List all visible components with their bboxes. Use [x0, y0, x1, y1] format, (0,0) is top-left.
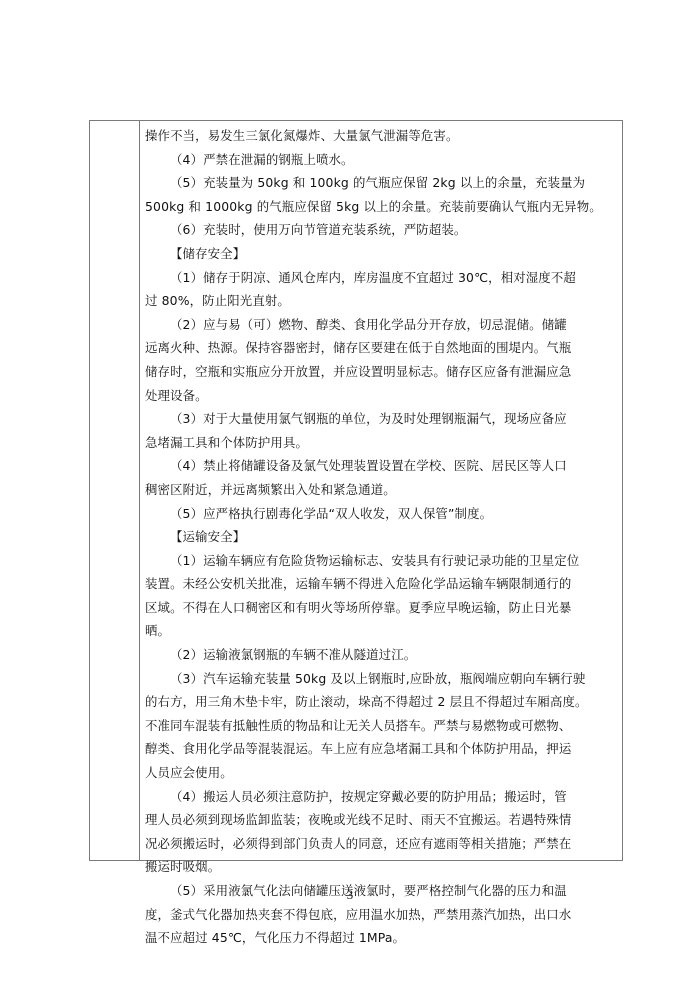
text-line: 操作不当，易发生三氯化氮爆炸、大量氯气泄漏等危害。	[145, 124, 618, 148]
text-line: （2）运输液氯钢瓶的车辆不准从隧道过江。	[145, 643, 618, 667]
text-line: 况必须搬运时，必须得到部门负责人的同意，还应有遮雨等相关措施；严禁在	[145, 832, 618, 856]
text-line: （4）禁止将储罐设备及氯气处理装置设置在学校、医院、居民区等人口	[145, 454, 618, 478]
text-line: 区域。不得在人口稠密区和有明火等场所停靠。夏季应早晚运输，防止日光暴	[145, 596, 618, 620]
text-line: 醇类、食用化学品等混装混运。车上应有应急堵漏工具和个体防护用品，押运	[145, 737, 618, 761]
section-heading: 【储存安全】	[145, 242, 618, 266]
text-line: 的右方，用三角木垫卡牢，防止滚动，垛高不得超过 2 层且不得超过车厢高度。	[145, 690, 618, 714]
text-line: （6）充装时，使用万向节管道充装系统，严防超装。	[145, 218, 618, 242]
text-line: 温不应超过 45℃，气化压力不得超过 1MPa。	[145, 926, 618, 950]
text-line: 装置。未经公安机关批准，运输车辆不得进入危险化学品运输车辆限制通行的	[145, 572, 618, 596]
text-line: 急堵漏工具和个体防护用具。	[145, 431, 618, 455]
content-table: 操作不当，易发生三氯化氮爆炸、大量氯气泄漏等危害。（4）严禁在泄漏的钢瓶上喷水。…	[89, 120, 623, 861]
text-line: 储存时，空瓶和实瓶应分开放置，并应设置明显标志。储存区应备有泄漏应急	[145, 360, 618, 384]
text-line: 度，釜式气化器加热夹套不得包底，应用温水加热，严禁用蒸汽加热，出口水	[145, 903, 618, 927]
text-line: （5）应严格执行剧毒化学品“双人收发，双人保管”制度。	[145, 502, 618, 526]
text-line: 过 80%，防止阳光直射。	[145, 289, 618, 313]
text-line: （5）充装量为 50kg 和 100kg 的气瓶应保留 2kg 以上的余量，充装…	[145, 171, 618, 195]
text-line: 远离火种、热源。保持容器密封，储存区要建在低于自然地面的围堤内。气瓶	[145, 336, 618, 360]
text-line: 搬运时吸烟。	[145, 855, 618, 879]
text-line: 人员应会使用。	[145, 761, 618, 785]
table-right-cell: 操作不当，易发生三氯化氮爆炸、大量氯气泄漏等危害。（4）严禁在泄漏的钢瓶上喷水。…	[140, 121, 622, 860]
text-line: （1）储存于阴凉、通风仓库内，库房温度不宜超过 30℃，相对湿度不超	[145, 266, 618, 290]
page-number: 3	[0, 887, 700, 903]
section-heading: 【运输安全】	[145, 525, 618, 549]
text-line: 稠密区附近，并远离频繁出入处和紧急通道。	[145, 478, 618, 502]
text-line: （1）运输车辆应有危险货物运输标志、安装具有行驶记录功能的卫星定位	[145, 549, 618, 573]
text-line: （3）对于大量使用氯气钢瓶的单位，为及时处理钢瓶漏气，现场应备应	[145, 407, 618, 431]
table-left-cell	[90, 121, 140, 860]
text-line: 处理设备。	[145, 384, 618, 408]
text-line: 理人员必须到现场监卸监装；夜晚或光线不足时、雨天不宜搬运。若遇特殊情	[145, 808, 618, 832]
text-line: （4）严禁在泄漏的钢瓶上喷水。	[145, 148, 618, 172]
text-line: （4）搬运人员必须注意防护，按规定穿戴必要的防护用品；搬运时，管	[145, 785, 618, 809]
text-line: （3）汽车运输充装量 50kg 及以上钢瓶时,应卧放，瓶阀端应朝向车辆行驶	[145, 667, 618, 691]
text-line: 500kg 和 1000kg 的气瓶应保留 5kg 以上的余量。充装前要确认气瓶…	[145, 195, 618, 219]
text-line: （2）应与易（可）燃物、醇类、食用化学品分开存放，切忌混储。储罐	[145, 313, 618, 337]
text-line: 晒。	[145, 619, 618, 643]
text-line: 不准同车混装有抵触性质的物品和让无关人员搭车。严禁与易燃物或可燃物、	[145, 714, 618, 738]
